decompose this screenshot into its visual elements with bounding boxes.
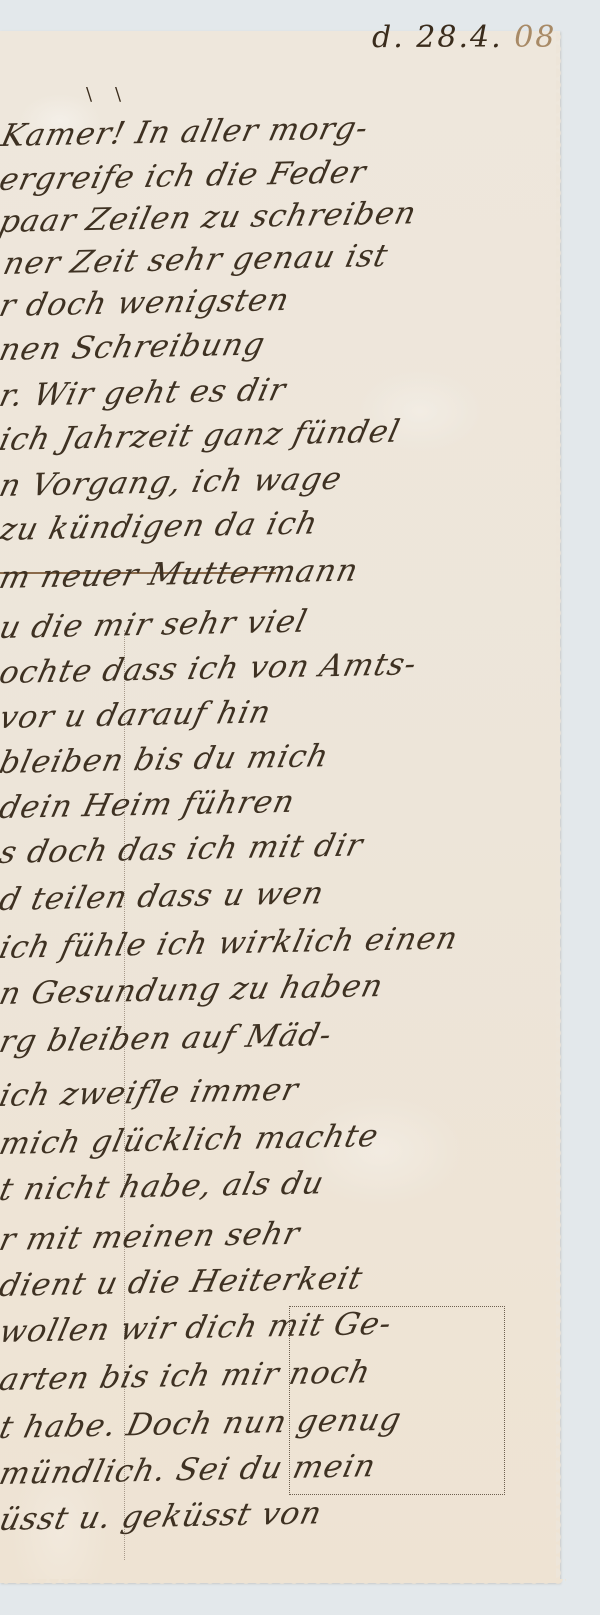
scalloped-right-edge — [556, 31, 566, 1583]
handwritten-line: n Vorgang, ich wage — [0, 461, 346, 504]
handwritten-line: r mit meinen sehr — [0, 1216, 304, 1258]
handwritten-line: nen Schreibung — [0, 326, 269, 368]
letter-date: d. 28.4. 08 — [372, 20, 556, 55]
date-prefix: d. — [372, 20, 405, 55]
scalloped-bottom-edge — [0, 1579, 566, 1587]
date-day-month: 28.4. — [416, 20, 502, 55]
handwritten-line: r doch wenigsten — [0, 282, 293, 324]
handwritten-line: bleiben bis du mich — [0, 738, 333, 781]
handwritten-line: zu kündigen da ich — [0, 505, 322, 548]
handwritten-line: rg bleiben auf Mäd- — [0, 1017, 336, 1060]
handwritten-line: dein Heim führen — [0, 784, 299, 826]
handwritten-line: t nicht habe, als du — [0, 1165, 328, 1208]
handwritten-line: vor u darauf hin — [0, 694, 275, 736]
handwritten-line: u die mir sehr viel — [0, 604, 311, 646]
handwritten-line: d teilen dass u wen — [0, 875, 328, 918]
handwritten-line: m neuer Muttermann — [0, 553, 362, 596]
handwritten-line: üsst u. geküsst von — [0, 1495, 326, 1538]
date-year: 08 — [514, 20, 556, 55]
handwritten-line: ich zweifle immer — [0, 1072, 302, 1114]
handwritten-line: r. Wir geht es dir — [0, 372, 290, 414]
ink-marks: \ \ — [86, 84, 121, 105]
